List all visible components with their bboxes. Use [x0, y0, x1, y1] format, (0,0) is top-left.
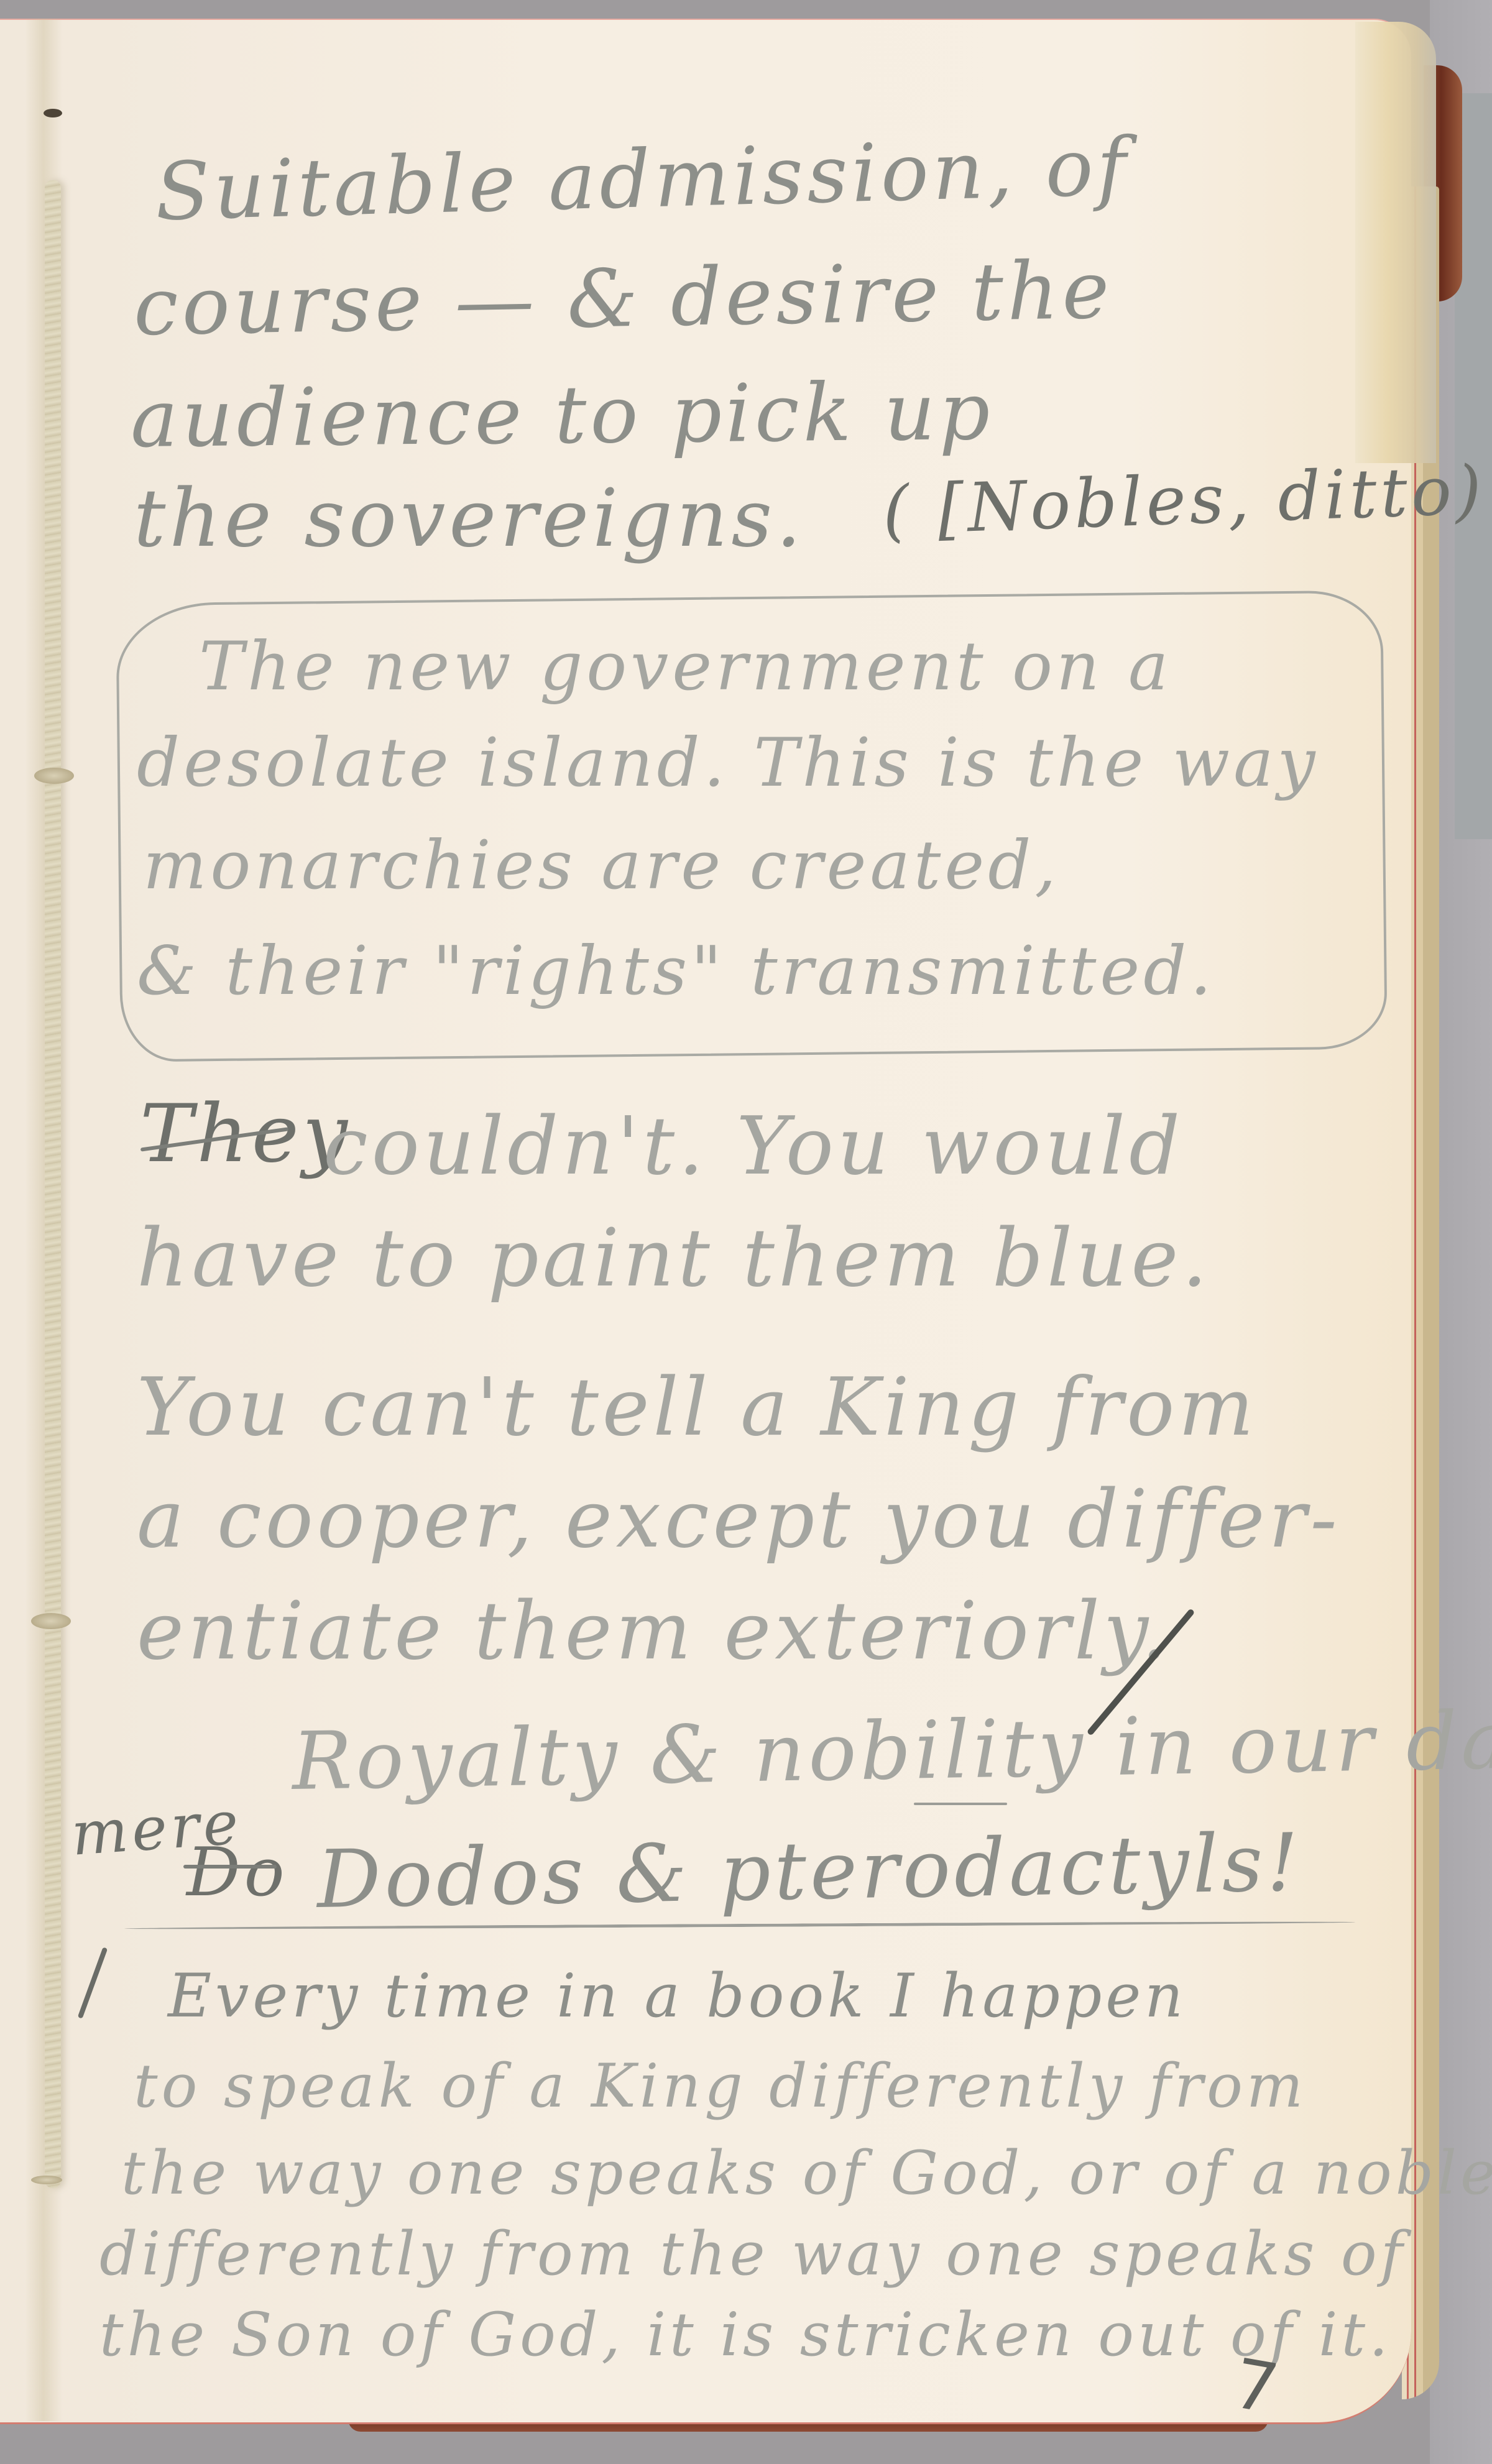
- box-line-3: monarchies are created,: [143, 827, 1060, 904]
- line-3: audience to pick up: [130, 365, 994, 466]
- box-line-1: The new government on a: [199, 628, 1172, 706]
- line-8: a cooper, except you differ-: [137, 1473, 1341, 1566]
- binding-knot: [34, 768, 74, 784]
- line-7: You can't tell a King from: [137, 1361, 1258, 1454]
- binding-hole: [44, 109, 62, 117]
- footnote-line-5: the Son of God, it is stricken out of it…: [99, 2300, 1392, 2370]
- box-line-4: & their "rights" transmitted.: [137, 932, 1215, 1010]
- footnote-line-4: differently from the way one speaks of: [99, 2219, 1406, 2289]
- line-4: the sovereigns.: [134, 472, 805, 565]
- footnote-line-2: to speak of a King differently from: [134, 2051, 1307, 2121]
- footnote-line-3: the way one speaks of God, or of a noble: [121, 2138, 1492, 2208]
- footnote-line-1: Every time in a book I happen: [168, 1961, 1187, 2031]
- line-5: couldn't. You would: [323, 1100, 1184, 1193]
- worn-page-corner: [1355, 22, 1436, 463]
- underline-our: [914, 1803, 1007, 1805]
- box-line-2: desolate island. This is the way: [137, 724, 1319, 802]
- binding-thread: [45, 180, 61, 2188]
- binding-knot: [31, 2176, 62, 2184]
- line-11: Dodos & pterodactyls!: [316, 1816, 1303, 1926]
- line-6: have to paint them blue.: [137, 1212, 1211, 1305]
- struck-word-do: Do: [186, 1834, 288, 1911]
- strikethrough: [183, 1865, 277, 1869]
- line-9: entiate them exteriorly.: [137, 1585, 1171, 1678]
- binding-knot: [31, 1613, 71, 1629]
- line-2: course — & desire the: [133, 244, 1114, 354]
